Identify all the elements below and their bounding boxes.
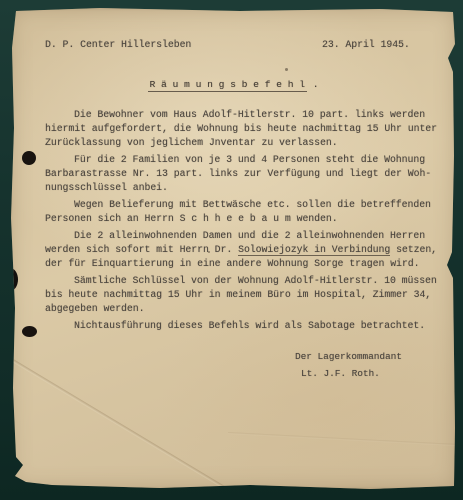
paragraph-6: Nichtausführung dieses Befehls wird als … [45,319,449,333]
text-line: Die 2 alleinwohnenden Damen und die 2 al… [45,229,449,243]
text-segment: werden sich sofort mit Herrn Dr. [45,244,238,255]
text-line: der für Einquartierung in eine andere Wo… [45,257,449,271]
signature-name: Lt. J.F. Roth. [295,365,402,382]
paragraph-4: Die 2 alleinwohnenden Damen und die 2 al… [45,229,449,271]
document-title: R ä u m u n g s b e f e h l . [10,79,456,90]
paper-fold-crease-faint [228,432,456,446]
text-segment: setzen, [390,244,437,255]
signature-block: Der Lagerkommandant Lt. J.F. Roth. [295,348,402,382]
text-line: Zurücklassung von jeglichem Jnventar zu … [45,136,449,150]
paper-edge-speck [11,328,14,331]
paragraph-5: Sämtliche Schlüssel von der Wohnung Adol… [45,274,449,316]
text-line: Barbarastrasse Nr. 13 part. links zur Ve… [45,167,449,181]
letterhead-date: 23. April 1945. [322,39,410,50]
text-line: bis heute nachmittag 15 Uhr in meinem Bü… [45,288,449,302]
text-line: werden sich sofort mit Herrn Dr. Solowie… [45,243,449,257]
ink-speck [285,68,288,71]
paragraph-1: Die Bewohner vom Haus Adolf-Hitlerstr. 1… [45,108,449,150]
paragraph-3: Wegen Belieferung mit Bettwäsche etc. so… [45,198,449,226]
hole-punch-bottom [22,326,37,337]
signature-role: Der Lagerkommandant [295,348,402,365]
document-title-period: . [307,79,319,90]
letterhead-sender: D. P. Center Hillersleben [45,39,191,50]
paragraph-2: Für die 2 Familien von je 3 und 4 Person… [45,153,449,195]
document-page: D. P. Center Hillersleben 23. April 1945… [10,8,456,489]
text-line: nungsschlüssel anbei. [45,181,449,195]
text-line: Personen sich an Herrn S c h h e e b a u… [45,212,449,226]
paper-fold-crease [8,357,232,493]
text-line: Sämtliche Schlüssel von der Wohnung Adol… [45,274,449,288]
underlined-name: Solowiejozyk in Verbindung [238,244,390,256]
text-line: Wegen Belieferung mit Bettwäsche etc. so… [45,198,449,212]
text-line: Nichtausführung dieses Befehls wird als … [45,319,449,333]
document-body: Die Bewohner vom Haus Adolf-Hitlerstr. 1… [45,108,449,336]
paper-edge-tear [5,268,18,291]
text-line: hiermit aufgefordert, die Wohnung bis he… [45,122,449,136]
document-title-text: R ä u m u n g s b e f e h l [148,79,307,92]
text-line: Die Bewohner vom Haus Adolf-Hitlerstr. 1… [45,108,449,122]
text-line: abgegeben werden. [45,302,449,316]
scan-background: D. P. Center Hillersleben 23. April 1945… [0,0,463,500]
hole-punch-top [22,151,36,165]
text-line: Für die 2 Familien von je 3 und 4 Person… [45,153,449,167]
